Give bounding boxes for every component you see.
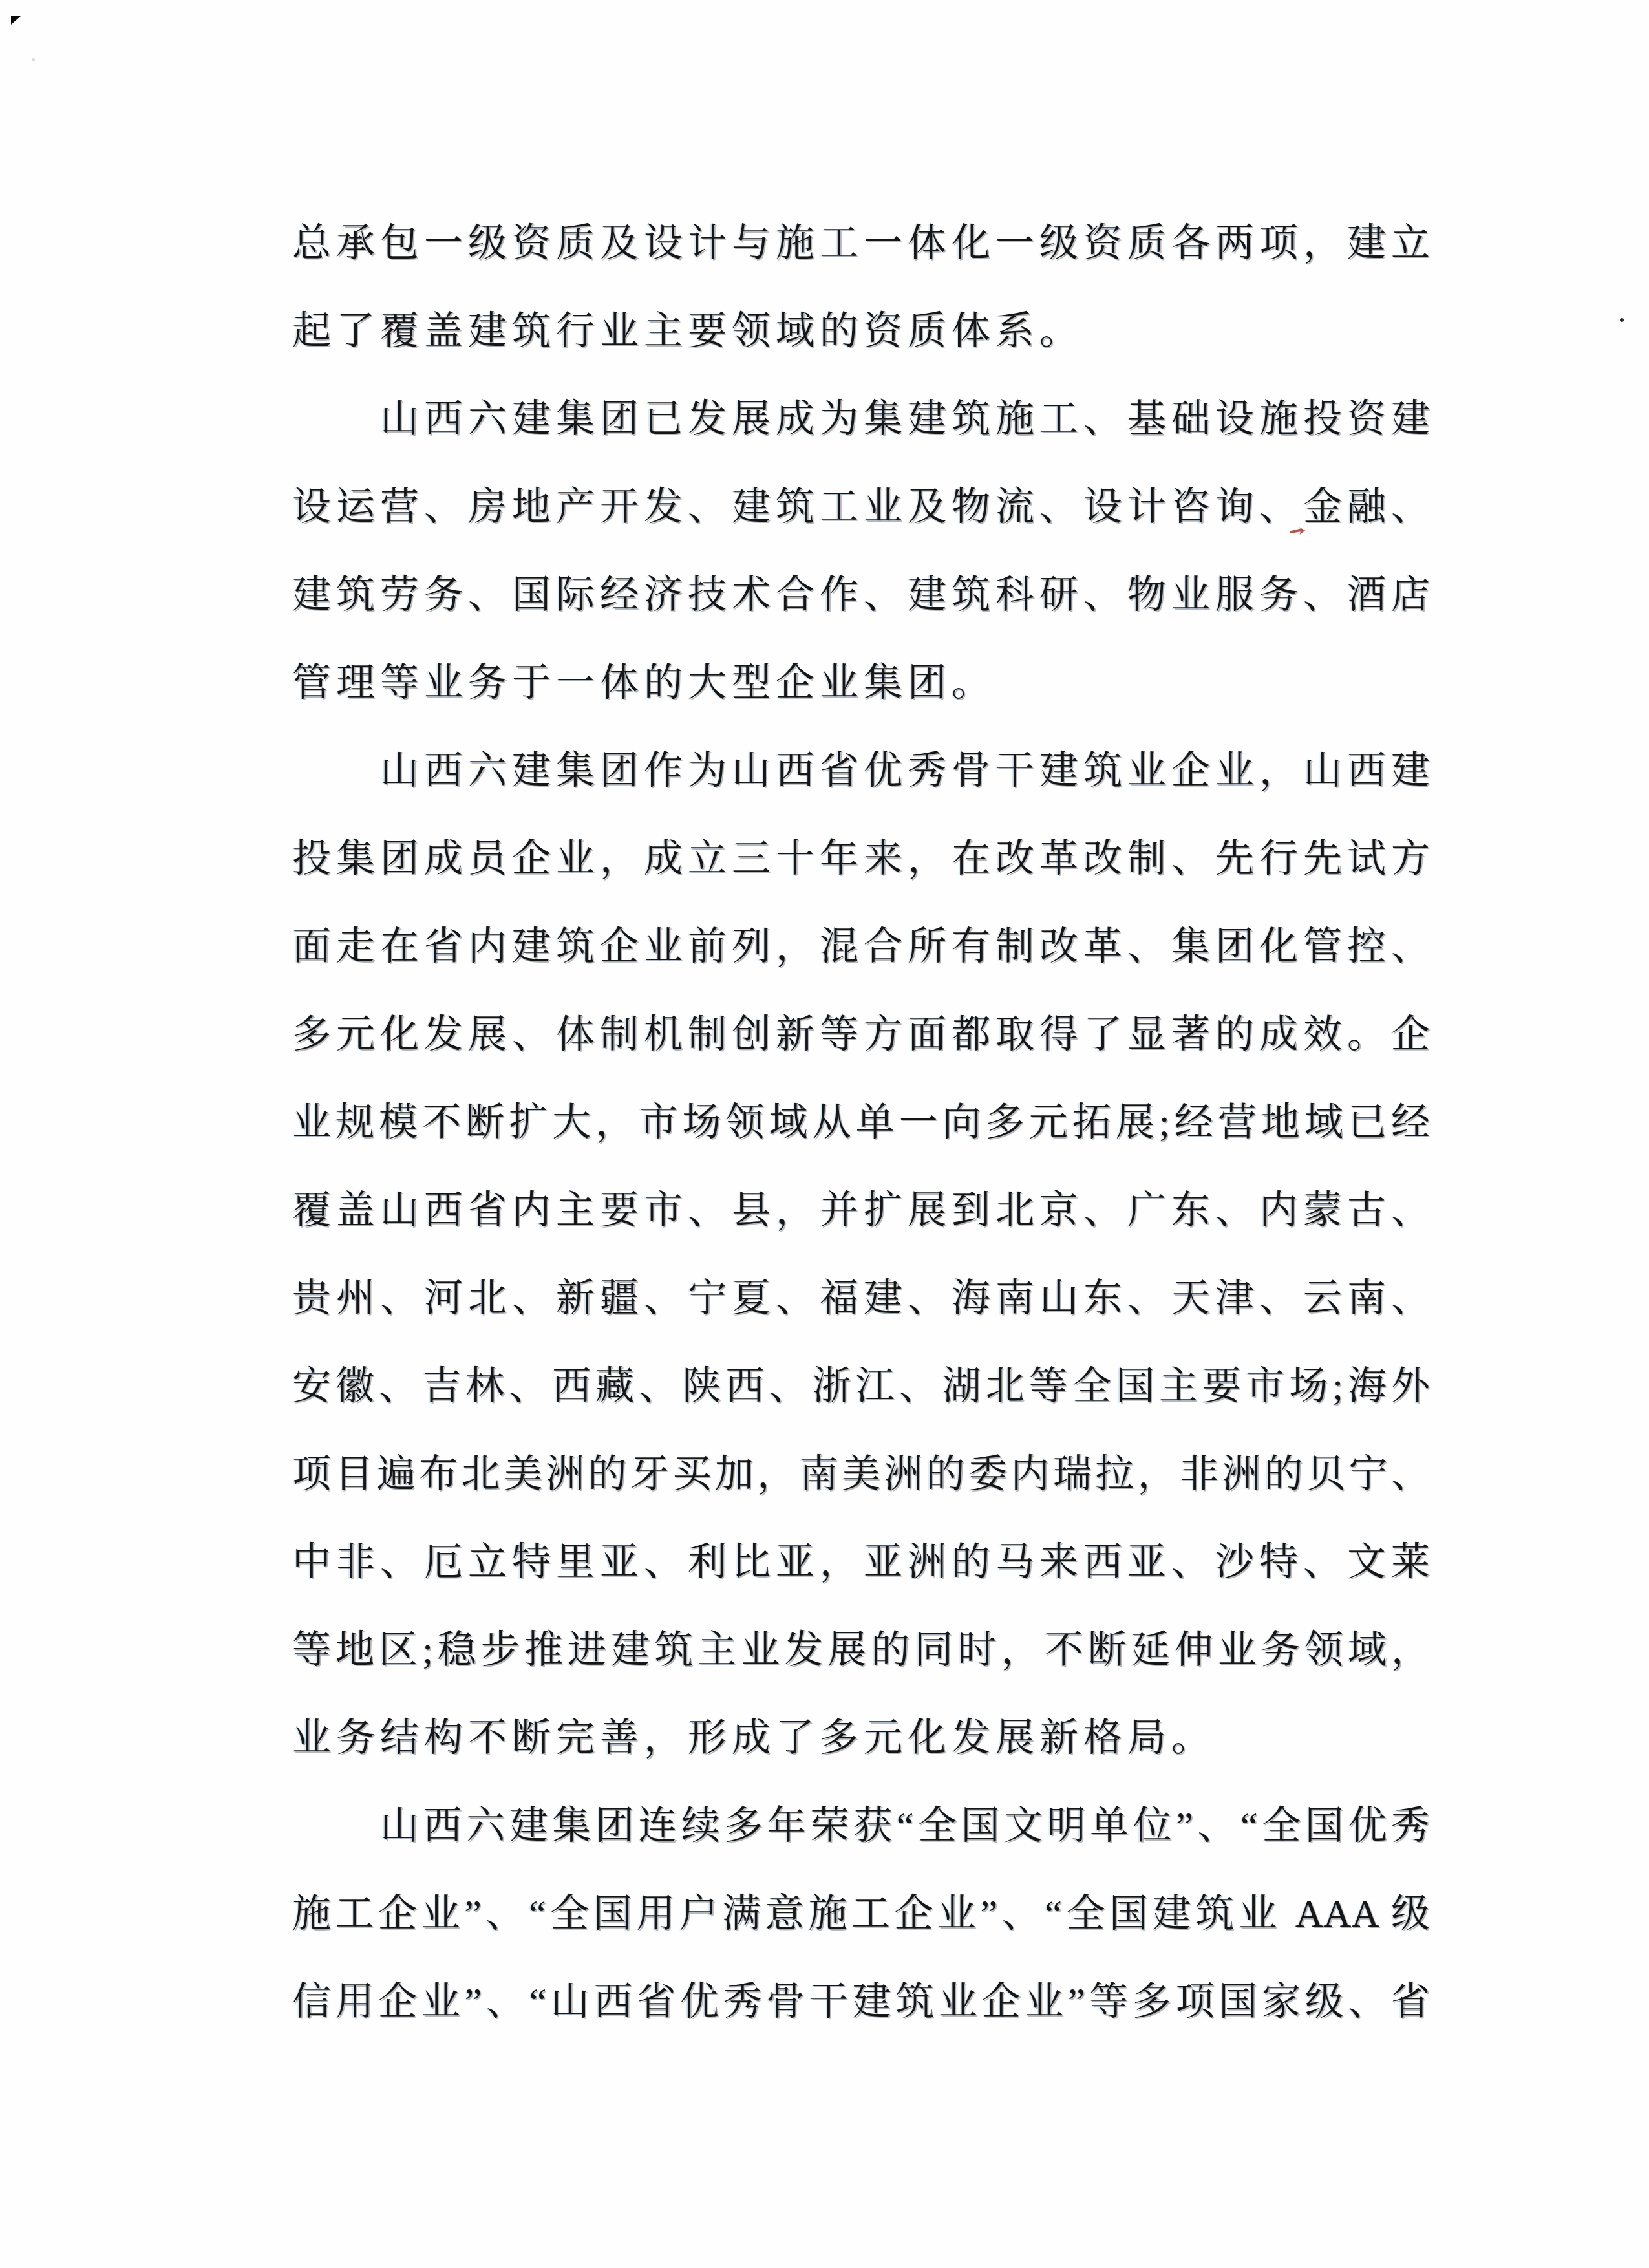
text-line: 施工企业”、“全国用户满意施工企业”、“全国建筑业 AAA 级 bbox=[292, 1870, 1430, 1958]
text-line: 业务结构不断完善，形成了多元化发展新格局。 bbox=[292, 1694, 1430, 1782]
text-line: 起了覆盖建筑行业主要领域的资质体系。 bbox=[292, 287, 1430, 375]
text-line: 山西六建集团已发展成为集建筑施工、基础设施投资建 bbox=[292, 375, 1430, 463]
scan-artifact-dot bbox=[1620, 318, 1624, 322]
text-line: 中非、厄立特里亚、利比亚，亚洲的马来西亚、沙特、文莱 bbox=[292, 1518, 1430, 1606]
scan-artifact-corner-wedge bbox=[11, 16, 21, 25]
document-text-block: 总承包一级资质及设计与施工一体化一级资质各两项，建立起了覆盖建筑行业主要领域的资… bbox=[292, 199, 1430, 2046]
text-line: 建筑劳务、国际经济技术合作、建筑科研、物业服务、酒店 bbox=[292, 551, 1430, 639]
text-line: 覆盖山西省内主要市、县，并扩展到北京、广东、内蒙古、 bbox=[292, 1166, 1430, 1254]
text-line: 贵州、河北、新疆、宁夏、福建、海南山东、天津、云南、 bbox=[292, 1254, 1430, 1342]
text-line: 山西六建集团作为山西省优秀骨干建筑业企业，山西建 bbox=[292, 727, 1430, 815]
scanned-document-page: 总承包一级资质及设计与施工一体化一级资质各两项，建立起了覆盖建筑行业主要领域的资… bbox=[0, 0, 1649, 2268]
text-line: 等地区;稳步推进建筑主业发展的同时，不断延伸业务领域， bbox=[292, 1606, 1430, 1694]
text-line: 多元化发展、体制机制创新等方面都取得了显著的成效。企 bbox=[292, 990, 1430, 1078]
text-line: 信用企业”、“山西省优秀骨干建筑业企业”等多项国家级、省 bbox=[292, 1958, 1430, 2046]
scan-artifact-faint-speck bbox=[32, 58, 35, 61]
text-line: 管理等业务于一体的大型企业集团。 bbox=[292, 639, 1430, 727]
text-line: 山西六建集团连续多年荣获“全国文明单位”、“全国优秀 bbox=[292, 1782, 1430, 1870]
text-line: 投集团成员企业，成立三十年来，在改革改制、先行先试方 bbox=[292, 815, 1430, 903]
text-line: 业规模不断扩大，市场领域从单一向多元拓展;经营地域已经 bbox=[292, 1078, 1430, 1166]
text-line: 项目遍布北美洲的牙买加，南美洲的委内瑞拉，非洲的贝宁、 bbox=[292, 1430, 1430, 1518]
text-line: 设运营、房地产开发、建筑工业及物流、设计咨询、金融、 bbox=[292, 463, 1430, 551]
text-line: 安徽、吉林、西藏、陕西、浙江、湖北等全国主要市场;海外 bbox=[292, 1342, 1430, 1430]
text-line: 总承包一级资质及设计与施工一体化一级资质各两项，建立 bbox=[292, 199, 1430, 287]
text-line: 面走在省内建筑企业前列，混合所有制改革、集团化管控、 bbox=[292, 903, 1430, 990]
